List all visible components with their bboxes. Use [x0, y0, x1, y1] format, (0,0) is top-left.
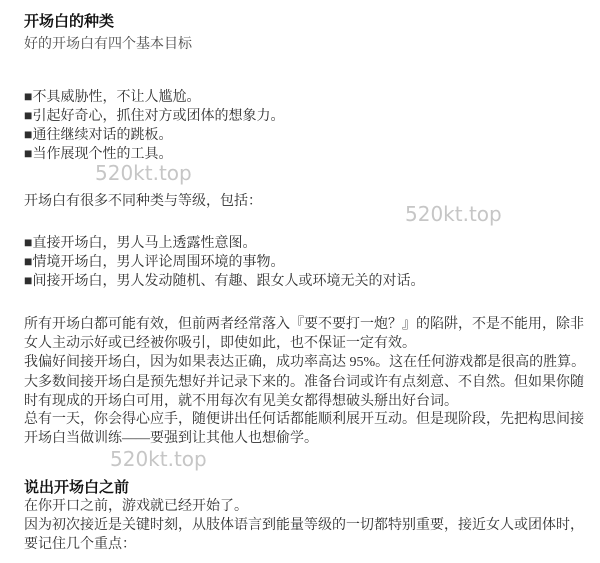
watermark: 520kt.top [95, 163, 192, 183]
document-page: 开场白的种类 好的开场白有四个基本目标 ■不具威胁性，不让人尴尬。 ■引起好奇心… [0, 0, 600, 563]
types-intro: 开场白有很多不同种类与等级，包括： [24, 192, 586, 211]
type-list: ■直接开场白，男人马上透露性意图。 ■情境开场白，男人评论周围环境的事物。 ■间… [24, 234, 586, 291]
body-paragraph: 我偏好间接开场白，因为如果表达正确，成功率高达 95%。这在任何游戏都是很高的胜… [24, 353, 586, 372]
list-item: ■当作展现个性的工具。 [24, 145, 586, 164]
body-paragraph: 在你开口之前，游戏就已经开始了。 [24, 497, 586, 516]
list-item: ■间接开场白，男人发动随机、有趣、跟女人或环境无关的对话。 [24, 272, 586, 291]
section2-title: 说出开场白之前 [24, 478, 586, 497]
body-paragraph: 因为初次接近是关键时刻，从肢体语言到能量等级的一切都特别重要，接近女人或团体时，… [24, 516, 586, 554]
goal-list: ■不具威胁性，不让人尴尬。 ■引起好奇心，抓住对方或团体的想象力。 ■通往继续对… [24, 88, 586, 164]
section1-subtitle: 好的开场白有四个基本目标 [24, 35, 586, 54]
list-item: ■直接开场白，男人马上透露性意图。 [24, 234, 586, 253]
list-item: ■情境开场白，男人评论周围环境的事物。 [24, 253, 586, 272]
watermark: 520kt.top [110, 449, 207, 469]
list-item: ■不具威胁性，不让人尴尬。 [24, 88, 586, 107]
body-paragraph: 总有一天，你会得心应手，随便讲出任何话都能顺利展开互动。但是现阶段，先把构思间接… [24, 410, 586, 448]
section1-title: 开场白的种类 [24, 12, 586, 31]
body-paragraph: 大多数间接开场白是预先想好并记录下来的。准备台词或许有点刻意、不自然。但如果你随… [24, 372, 586, 410]
list-item: ■引起好奇心，抓住对方或团体的想象力。 [24, 107, 586, 126]
body-paragraph: 所有开场白都可能有效，但前两者经常落入『要不要打一炮？』的陷阱，不是不能用，除非… [24, 315, 586, 353]
list-item: ■通往继续对话的跳板。 [24, 126, 586, 145]
